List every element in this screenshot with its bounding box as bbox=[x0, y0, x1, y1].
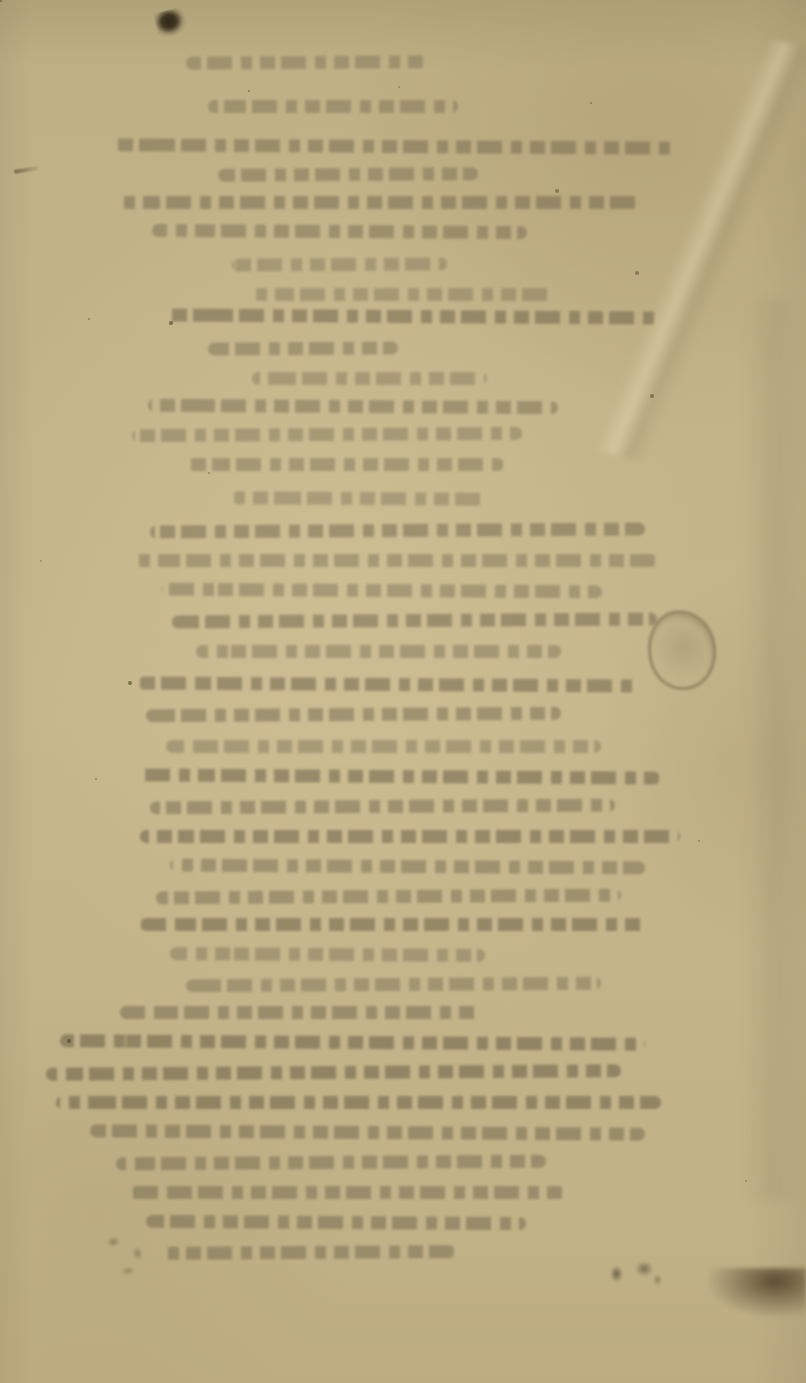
text-line bbox=[148, 399, 558, 415]
text-line bbox=[120, 1006, 480, 1019]
signature-smudge-mark bbox=[602, 1252, 668, 1292]
text-line bbox=[60, 1034, 645, 1051]
text-line bbox=[150, 522, 645, 538]
text-line bbox=[232, 491, 487, 506]
text-line bbox=[170, 859, 645, 875]
text-line bbox=[160, 1245, 455, 1260]
corner-smudge-mark bbox=[710, 1268, 806, 1316]
text-line bbox=[172, 613, 657, 629]
text-line bbox=[232, 257, 447, 271]
text-line bbox=[138, 676, 638, 692]
text-line bbox=[208, 341, 398, 355]
bleedthrough-text-block bbox=[0, 0, 806, 1383]
text-line bbox=[146, 707, 561, 723]
text-line bbox=[186, 977, 601, 993]
text-line bbox=[152, 224, 527, 239]
text-line bbox=[120, 196, 640, 209]
text-line bbox=[130, 1186, 565, 1199]
text-line bbox=[116, 1155, 546, 1171]
text-line bbox=[140, 830, 680, 843]
text-line bbox=[140, 918, 645, 931]
text-line bbox=[252, 288, 552, 301]
paper-speckles bbox=[0, 0, 2, 2]
text-line bbox=[170, 947, 485, 962]
text-line bbox=[140, 768, 660, 784]
text-line bbox=[186, 55, 426, 69]
text-line bbox=[56, 1096, 661, 1109]
text-line bbox=[156, 889, 621, 905]
text-line bbox=[166, 740, 601, 753]
bottom-left-scribble-mark bbox=[96, 1221, 166, 1283]
text-line bbox=[132, 554, 657, 567]
text-line bbox=[146, 1215, 526, 1230]
text-line bbox=[46, 1064, 621, 1081]
text-line bbox=[114, 138, 674, 154]
text-line bbox=[196, 645, 561, 658]
text-line bbox=[150, 799, 615, 815]
text-line bbox=[208, 100, 458, 113]
text-line bbox=[162, 583, 602, 599]
text-line bbox=[132, 427, 522, 442]
text-line bbox=[168, 309, 658, 325]
text-line bbox=[252, 372, 487, 385]
text-line bbox=[90, 1124, 645, 1140]
scanned-page bbox=[0, 0, 806, 1383]
text-line bbox=[184, 458, 504, 471]
text-line bbox=[218, 167, 478, 182]
